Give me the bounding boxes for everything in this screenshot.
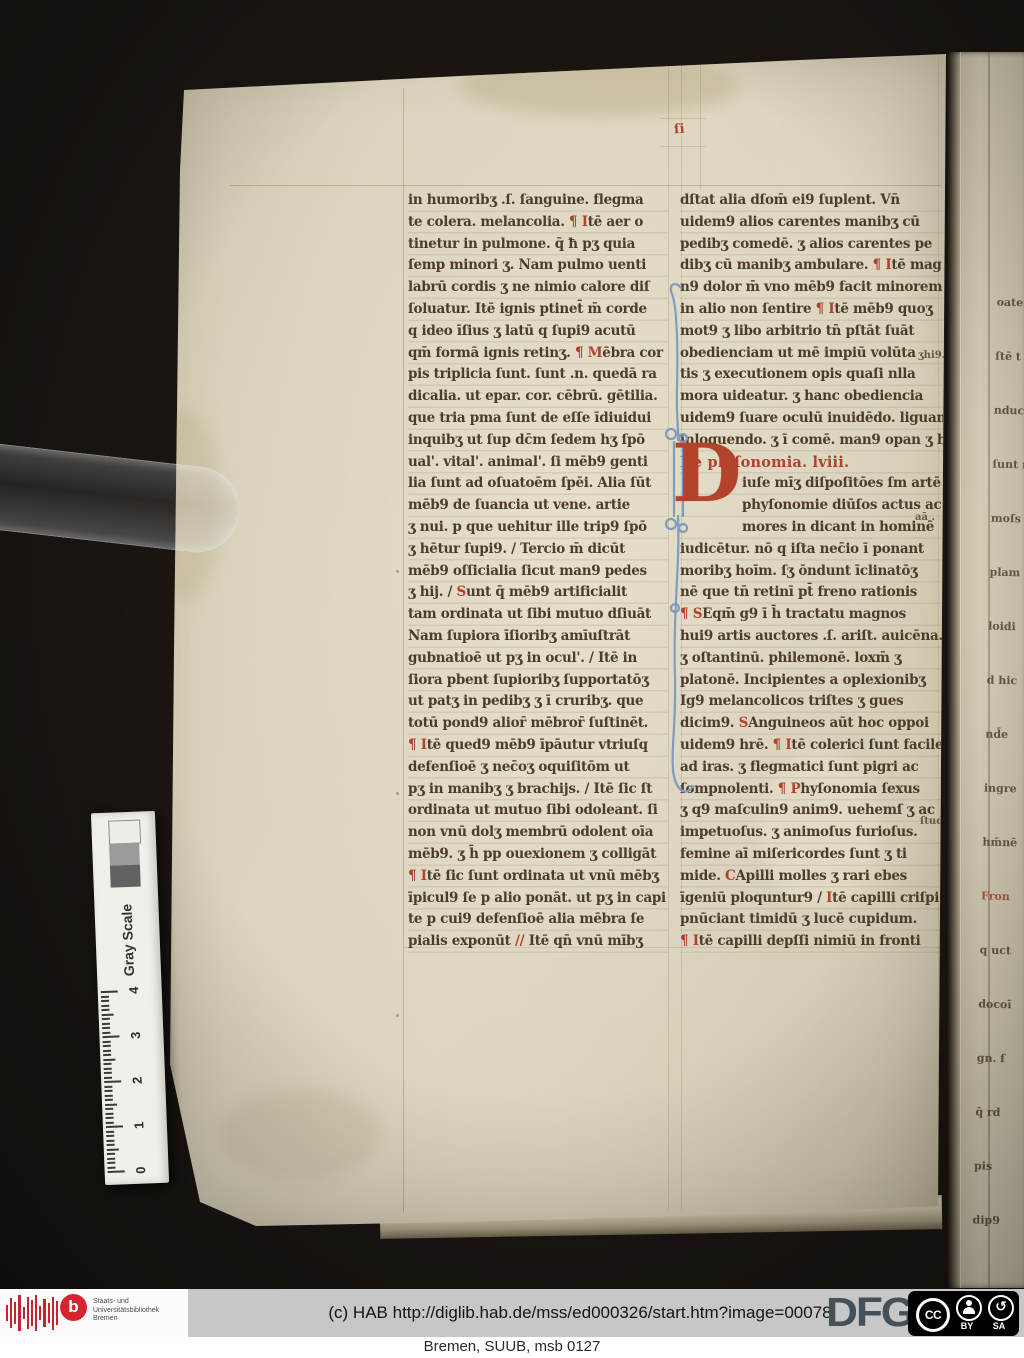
ruler-tick-label: 3 xyxy=(128,1025,144,1046)
blue-pen-flourish xyxy=(658,278,702,808)
ruler-tick xyxy=(105,1094,113,1096)
manuscript-text-line: ſemp minori ʒ. Nam pulmo uenti xyxy=(408,255,668,277)
ruler-tick xyxy=(102,1018,110,1020)
barcode-bar xyxy=(10,1298,12,1328)
manuscript-text-line: mēb9 de ſuancia ut vene. artie xyxy=(408,495,668,517)
manuscript-text-line: pedibʒ comedē. ʒ alios carentes pe xyxy=(680,234,943,256)
photo-background: oateſſtē tnducteſunt rmoſsplamloidid hic… xyxy=(0,0,1024,1289)
ruler-tick xyxy=(101,1004,109,1006)
library-logo-panel: b Staats- und Universitätsbibliothek Bre… xyxy=(0,1289,188,1337)
edge-text-fragment: q̄ rd xyxy=(975,1105,1000,1119)
ruler-tick-label: 0 xyxy=(133,1160,149,1181)
manuscript-text-line: ordinata ut mutuo ſibi odoleant. ſi xyxy=(408,800,668,822)
manuscript-text-line: moribʒ hoīm. ſʒ ōndunt īclinatōʒ xyxy=(680,561,943,583)
parchment-stain xyxy=(460,56,740,116)
manuscript-text-line: mēb9. ʒ h̄ pp ouexionem ʒ colligāt xyxy=(408,844,668,866)
manuscript-text-line: ʒ hētur ſupi9. / Tercio m̄ dicūt xyxy=(408,539,668,561)
ruler-tick xyxy=(106,1139,114,1141)
manuscript-text-line: Nam ſupiora īſioribʒ amīuſtrāt xyxy=(408,626,668,648)
edge-text-fragment: dip9 xyxy=(972,1213,1000,1227)
footer-bar: b Staats- und Universitätsbibliothek Bre… xyxy=(0,1289,1024,1337)
manuscript-text-line: non vnū dolʒ membrū odolent oīa xyxy=(408,822,668,844)
quire-mark: ſi xyxy=(673,122,685,138)
barcode-bar xyxy=(27,1297,29,1329)
manuscript-text-line: mide. CApilli molles ʒ rari ebes xyxy=(680,866,943,888)
ruler-tick xyxy=(101,995,109,997)
manuscript-text-line: pʒ in manibʒ ʒ brachijs. / Itē ſic ſt xyxy=(408,779,668,801)
text-column-right: dſtat alia dſom̄ ei9 ſuplent. Vn̄uidem9 … xyxy=(680,190,943,956)
ruler-tick xyxy=(105,1099,113,1101)
manuscript-text-line: mēb9 oſſicialia ſicut man9 pedes xyxy=(408,561,668,583)
ruler-tick xyxy=(106,1130,114,1132)
manuscript-text-line: iudicētur. nō q iſta nec̄io ī ponant xyxy=(680,539,943,561)
grayscale-patch-white xyxy=(108,819,141,844)
barcode-bar xyxy=(56,1301,58,1325)
ruler-tick xyxy=(108,1170,125,1173)
ruler-tick xyxy=(103,1054,111,1056)
edge-text-fragment: d hic xyxy=(987,674,1018,688)
barcode-bar xyxy=(23,1307,25,1319)
edge-text-fragment: Fron xyxy=(981,889,1010,903)
manuscript-text-line: ¶ SEqm̄ g9 ī h̄ tractatu magnos xyxy=(680,604,943,626)
ruler-tick xyxy=(102,1035,119,1038)
person-body xyxy=(963,1307,975,1314)
ruler-tick xyxy=(101,1000,109,1002)
manuscript-text-line: n9 dolor m̄ vno mēb9 facit minorem xyxy=(680,277,943,299)
manuscript-text-line: gubnatioē ut pʒ in ocul'. / Itē in xyxy=(408,648,668,670)
ruler: 01234 xyxy=(97,979,169,1179)
barcode-bar xyxy=(18,1295,20,1331)
person-head xyxy=(966,1300,972,1306)
grayscale-card: Gray Scale 01234 xyxy=(91,811,169,1185)
manuscript-text-line: dicalia. ut epar. cor. cēbrū. gētilia. xyxy=(408,386,668,408)
edge-text-fragment: ingre xyxy=(984,781,1017,795)
manuscript-text-line: te colera. melancolia. ¶ Itē aer o xyxy=(408,212,668,234)
manuscript-text-line: in humoribʒ .ſ. ſanguine. flegma xyxy=(408,190,668,212)
margin-note: aā . xyxy=(915,512,935,523)
manuscript-text-line: in alio non ſentire ¶ Itē mēb9 quoʒ xyxy=(680,299,943,321)
text-column-left: in humoribʒ .ſ. ſanguine. flegmate coler… xyxy=(408,190,668,956)
ruler-tick xyxy=(106,1117,114,1119)
shelfmark-caption: Bremen, SUUB, msb 0127 xyxy=(0,1337,1024,1358)
ruler-tick-label: 1 xyxy=(131,1115,147,1136)
manuscript-text-line: pnūciant timidū ʒ lucē cupidum. xyxy=(680,909,943,931)
manuscript-text-line: tam ordinata ut ſibi mutuo dſiuāt xyxy=(408,604,668,626)
manuscript-text-line: dicim9. SAnguineos aūt hoc oppoi xyxy=(680,713,943,735)
manuscript-text-line: platonē. Incipientes a oplexionibʒ xyxy=(680,670,943,692)
ruler-tick xyxy=(104,1076,112,1078)
manuscript-text-line: ſiora pbent ſupioribʒ ſupportatōʒ xyxy=(408,670,668,692)
edge-text-fragment: ſunt r xyxy=(992,458,1024,472)
manuscript-text-line: qm̄ formā ignis retinʒ. ¶ Mēbra cor xyxy=(408,343,668,365)
manuscript-text-line: labrū cordis ʒ ne nimio calore diſ xyxy=(408,277,668,299)
copyright-url: (c) HAB http://diglib.hab.de/mss/ed00032… xyxy=(260,1289,900,1337)
page-edge-highlight xyxy=(960,52,961,1288)
ruler-tick xyxy=(103,1040,111,1042)
library-name-line: Universitätsbibliothek xyxy=(93,1307,159,1316)
ruler-tick xyxy=(103,1049,111,1051)
grayscale-patch-mid xyxy=(109,843,140,866)
barcode-bar xyxy=(6,1305,8,1321)
ruler-tick xyxy=(107,1157,115,1159)
edge-text-fragment: nducte xyxy=(994,404,1024,418)
manuscript-text-line: dibʒ cū manibʒ ambulare. ¶ Itē mag xyxy=(680,255,943,277)
pricking-hole xyxy=(396,792,399,795)
sa-label: SA xyxy=(986,1321,1012,1331)
margin-note: ʒhi9. xyxy=(918,350,945,361)
edge-text-fragment: q uct xyxy=(980,943,1012,957)
ruler-tick xyxy=(101,990,118,993)
grayscale-label: Gray Scale xyxy=(118,904,137,977)
ruler-tick xyxy=(103,1063,111,1065)
manuscript-text-line: īgeniū ploquntur9 / Itē capilli criſpi xyxy=(680,888,943,910)
manuscript-text-line: nē que tn̄ retinī pt̄ freno rationis xyxy=(680,582,943,604)
ruler-tick xyxy=(106,1125,123,1128)
barcode-bar xyxy=(14,1302,16,1324)
pricking-hole xyxy=(396,1014,399,1017)
manuscript-text-line: ¶ Itē ſic ſunt ordinata ut vnū mēbʒ xyxy=(408,866,668,888)
ruler-tick xyxy=(107,1148,119,1150)
ruling-line xyxy=(660,146,706,147)
edge-text-fragment: nd̄e xyxy=(985,727,1008,741)
manuscript-text-line: defenſioē ʒ nec̄oʒ oquiſitōm ut xyxy=(408,757,668,779)
manuscript-text-line: te p cui9 defenſioē alia mēbra ſe xyxy=(408,909,668,931)
barcode-bar xyxy=(48,1303,50,1323)
manuscript-text-line: uidem9 hrē. ¶ Itē colerici ſunt faciles xyxy=(680,735,943,757)
manuscript-text-line: ʒ oſtantinū. philemonē. loxm̄ ʒ xyxy=(680,648,943,670)
manuscript-text-line: tis ʒ executionem opis quaſi nlla xyxy=(680,364,943,386)
manuscript-text-line: lia ſunt ad oſuatoēm ſpēi. Alia ſūt xyxy=(408,473,668,495)
ruler-tick xyxy=(106,1121,114,1123)
ruler-tick xyxy=(103,1045,111,1047)
edge-text-fragment: pis xyxy=(974,1159,992,1172)
barcode-bar xyxy=(52,1297,54,1330)
manuscript-text-line: mores in dicant in hominē xyxy=(680,517,943,539)
ruling-line xyxy=(230,185,942,186)
by-label: BY xyxy=(954,1321,980,1331)
manuscript-text-line: dſtat alia dſom̄ ei9 ſuplent. Vn̄ xyxy=(680,190,943,212)
manuscript-text-line: pis triplicia ſunt. ſunt .n. quedā ra xyxy=(408,364,668,386)
dfg-logo: DFG xyxy=(826,1287,913,1335)
ruler-tick xyxy=(104,1085,112,1087)
edge-text-fragment: loidi xyxy=(988,620,1016,634)
sa-arrow-icon: ↺ xyxy=(988,1295,1014,1321)
ruler-tick xyxy=(105,1090,113,1092)
barcode-bar xyxy=(39,1306,41,1320)
ruling-line xyxy=(700,60,701,190)
manuscript-text-line: ¶ Itē qued9 mēb9 īpāutur vtriuſq xyxy=(408,735,668,757)
manuscript-text-line: ut patʒ in pedibʒ ʒ ī cruribʒ. que xyxy=(408,691,668,713)
manuscript-text-line: īpicul9 ſe p alio ponāt. ut pʒ in capi xyxy=(408,888,668,910)
barcode-bar xyxy=(43,1299,45,1327)
manuscript-text-line: q ideo īſius ʒ latū q ſupi9 acutū xyxy=(408,321,668,343)
manuscript-text-line: obedienciam ut mē impiū volūta xyxy=(680,343,943,365)
manuscript-text-line: inquibʒ ut ſup dc̄m ſedem hʒ ſpō xyxy=(408,430,668,452)
manuscript-text-line: ual'. vital'. animal'. ſi mēb9 genti xyxy=(408,452,668,474)
manuscript-text-line: tinetur in pulmone. q̄ ħ pʒ quia xyxy=(408,234,668,256)
ruler-tick xyxy=(105,1112,113,1114)
ruler-tick xyxy=(102,1022,110,1024)
manuscript-text-line: hui9 artis auctores .ſ. ariſt. auicēna. xyxy=(680,626,943,648)
ruler-tick xyxy=(104,1080,121,1083)
ruler-tick xyxy=(107,1162,115,1164)
cc-license-badge: CC ↺ BY SA xyxy=(908,1291,1019,1336)
ruler-tick xyxy=(104,1072,112,1074)
library-name-line: Staats- und xyxy=(93,1298,159,1307)
illuminated-initial: D xyxy=(672,440,732,512)
ruler-tick xyxy=(102,1027,110,1029)
grayscale-patch-dark xyxy=(110,865,141,888)
ruler-tick xyxy=(107,1144,115,1146)
manuscript-text-line: ʒ q9 maſculin9 anim9. uehemſ ʒ ac xyxy=(680,800,943,822)
digitized-manuscript-photo: oateſſtē tnducteſunt rmoſsplamloidid hic… xyxy=(0,0,1024,1358)
ruler-tick xyxy=(105,1103,117,1105)
manuscript-text-line: ad iras. ʒ flegmatici ſunt pigri ac xyxy=(680,757,943,779)
edge-text-fragment: ſtē t xyxy=(995,350,1021,364)
bremen-library-logo xyxy=(6,1295,58,1331)
ruler-tick-label: 4 xyxy=(126,980,142,1001)
bremen-b-icon: b xyxy=(60,1294,87,1321)
ruler-tick xyxy=(102,1013,114,1015)
pricking-hole xyxy=(396,570,399,573)
ruling-line xyxy=(660,118,706,119)
manuscript-text-line: ʒ nui. p que uehitur ille trip9 ſpō xyxy=(408,517,668,539)
manuscript-page: ſi in humoribʒ .ſ. ſanguine. flegmate co… xyxy=(160,50,950,1232)
manuscript-text-line: mora uideatur. ʒ hanc obediencia xyxy=(680,386,943,408)
ruler-tick xyxy=(104,1067,112,1069)
by-person-icon xyxy=(956,1295,982,1321)
manuscript-text-line: ¶ Itē capilli depſſi nimiū in fronti xyxy=(680,931,943,953)
manuscript-text-line: ſoluatur. Itē ignis ptinet̄ m̄ corde xyxy=(408,299,668,321)
edge-text-fragment: plam xyxy=(989,566,1020,580)
manuscript-text-line: que tria pma ſunt de eſſe īdiuidui xyxy=(408,408,668,430)
ruler-tick xyxy=(103,1058,115,1060)
ruler-tick xyxy=(106,1135,114,1137)
barcode-bar xyxy=(35,1295,37,1331)
manuscript-text-line: ʒ hij. / Sunt q̄ mēb9 artificialit xyxy=(408,582,668,604)
edge-text-fragment: moſs xyxy=(991,512,1021,526)
ruler-tick xyxy=(105,1108,113,1110)
manuscript-text-line: uidem9 alios carentes manibʒ cū xyxy=(680,212,943,234)
edge-text-fragment: hm̄nē xyxy=(982,835,1017,849)
ruler-tick xyxy=(101,1009,109,1011)
ruler-tick-label: 2 xyxy=(129,1070,145,1091)
library-name: Staats- und Universitätsbibliothek Breme… xyxy=(93,1298,159,1324)
manuscript-text-line: pialis exponūt // Itē qn̄ vnū mībʒ xyxy=(408,931,668,953)
ruler-tick xyxy=(107,1166,115,1168)
library-name-line: Bremen xyxy=(93,1315,159,1324)
manuscript-text-line: femine aī miſericordes ſunt ʒ ti xyxy=(680,844,943,866)
edge-text-fragment: gn. ſ xyxy=(977,1051,1005,1065)
ruling-line xyxy=(403,88,404,1212)
parchment-stain xyxy=(220,1090,380,1180)
barcode-bar xyxy=(31,1300,33,1326)
manuscript-text-line: Ig9 melancolicos triſtes ʒ gues xyxy=(680,691,943,713)
manuscript-text-line: ſompnolenti. ¶ Phyſonomia ſexus xyxy=(680,779,943,801)
ruler-tick xyxy=(102,1031,110,1033)
cc-icon: CC xyxy=(916,1298,950,1332)
edge-text-fragment: oateſ xyxy=(996,296,1024,310)
ruler-tick xyxy=(107,1153,115,1155)
edge-text-fragment: docoī xyxy=(978,997,1012,1011)
manuscript-text-line: impetuoſus. ʒ animoſus furioſus. xyxy=(680,822,943,844)
manuscript-text-line: totū pond9 alior̄ mēbror̄ ſuſtinēt. xyxy=(408,713,668,735)
manuscript-text-line: mot9 ʒ libo arbitrio tn̄ pſtāt ſuāt xyxy=(680,321,943,343)
